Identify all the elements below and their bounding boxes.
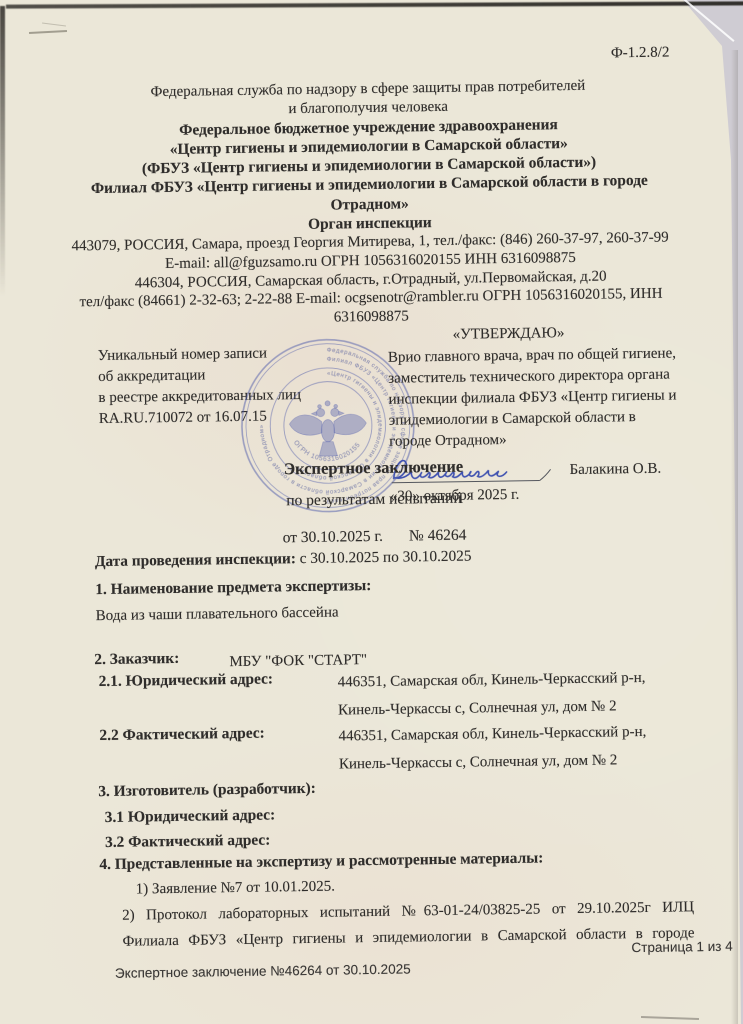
approval-title: «УТВЕРЖДАЮ»	[387, 321, 689, 346]
document-header: Федеральная служба по надзору в сфере за…	[68, 76, 672, 332]
actual-address-label: 2.2 Фактический адрес:	[63, 723, 339, 783]
document-content: Ф-1.2.8/2 Федеральная служба по надзору …	[53, 0, 696, 1024]
scanned-document-page: Ф-1.2.8/2 Федеральная служба по надзору …	[0, 0, 743, 1024]
section-3-1-label: 3.1 Юридический адрес:	[65, 799, 693, 828]
legal-address-value: 446351, Самарская обл, Кинель-Черкасский…	[337, 663, 691, 724]
approval-line: инспекции филиала ФБУЗ «Центр гигиены и	[388, 385, 690, 410]
approval-zone: Уникальный номер записи об аккредитации …	[57, 317, 687, 476]
address-line: 446351, Самарская обл, Кинель-Черкасский…	[338, 717, 691, 750]
section-1-label: 1. Наименование предмета экспертизы:	[61, 571, 689, 600]
document-subtitle: по результатам испытаний	[60, 485, 688, 514]
actual-address-value: 446351, Самарская обл, Кинель-Черкасский…	[338, 717, 692, 778]
footer-reference: Экспертное заключение №46264 от 30.10.20…	[67, 957, 695, 983]
document-number: № 46264	[409, 527, 467, 545]
page-number: Страница 1 из 4	[533, 939, 733, 959]
legal-address-label: 2.1. Юридический адрес:	[63, 669, 339, 729]
scan-left-shadow	[0, 6, 5, 296]
inspection-date-value: с 30.10.2025 по 30.10.2025	[300, 548, 472, 568]
document-date: от 30.10.2025 г.	[283, 528, 384, 546]
form-code: Ф-1.2.8/2	[53, 43, 681, 71]
paper-right-edge	[731, 50, 738, 1024]
section-2-2-row: 2.2 Фактический адрес: 446351, Самарская…	[63, 717, 692, 782]
address-line: 446351, Самарская обл, Кинель-Черкасский…	[337, 663, 690, 696]
materials-item-2-line1: 2) Протокол лабораторных испытаний №63-0…	[66, 898, 694, 926]
inspection-date-label: Дата проведения инспекции:	[95, 550, 296, 570]
materials-item-1: 1) Заявление №7 от 10.01.2025.	[66, 872, 694, 900]
title-block: Экспертное заключение по результатам исп…	[59, 453, 688, 551]
section-1-value: Вода из чаши плавательного бассейна	[62, 598, 690, 626]
